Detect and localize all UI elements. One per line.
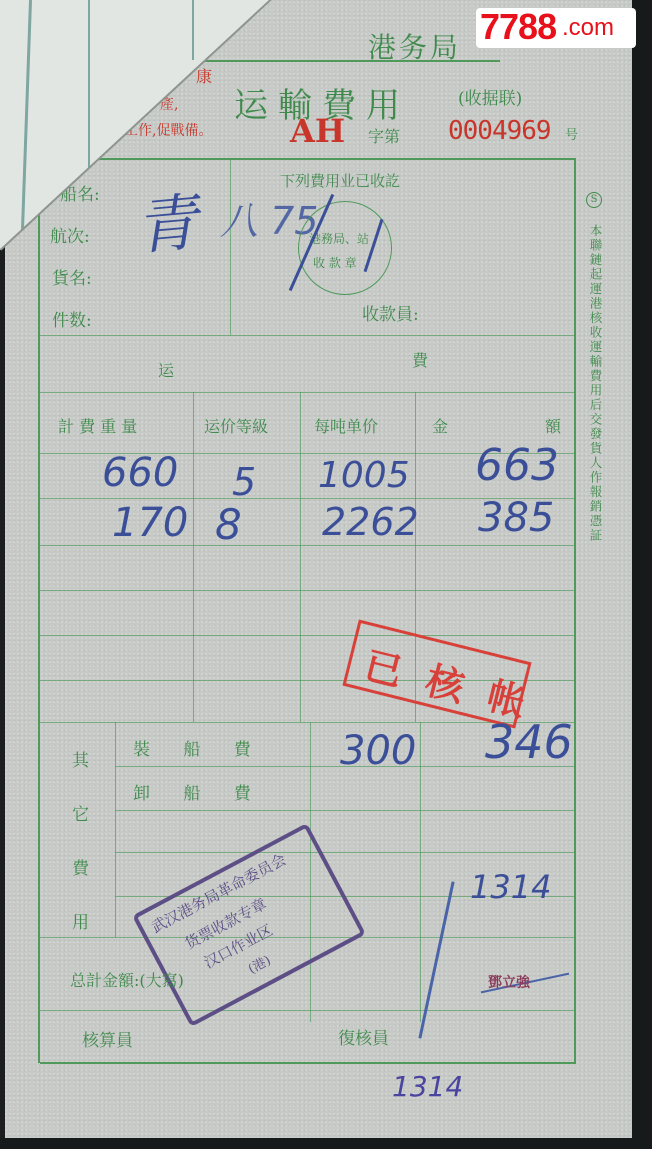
freight-section-right: 費 — [412, 348, 428, 371]
col-header-weight: 計 費 重 量 — [58, 414, 137, 437]
freight-section-left: 运 — [158, 358, 174, 381]
row2-grade: 8 — [215, 500, 242, 549]
col-line — [420, 722, 421, 1022]
seal-text-1: 港務局、站 — [309, 230, 369, 247]
watermark-suffix: .com — [562, 14, 614, 42]
other-fees-label-4: 用 — [72, 908, 89, 933]
frame-top — [40, 158, 576, 160]
personal-seal: 鄧立強 — [488, 972, 530, 992]
loading-fee-label: 裝 船 費 — [133, 735, 251, 760]
seal-text-2: 收 款 章 — [313, 254, 357, 271]
row1-unit-price: 1005 — [318, 455, 410, 496]
row-line — [40, 1010, 574, 1011]
divider — [40, 392, 574, 393]
receipt-statement: 下列費用业已收訖 — [280, 170, 400, 191]
handwritten-note-below: 1314 — [392, 1070, 463, 1103]
other-fees-label-1: 其 — [72, 746, 89, 771]
frame-left — [38, 158, 40, 1063]
row1-grade: 5 — [232, 460, 256, 504]
watermark-digits: 7788 — [480, 6, 556, 48]
col-header-amount-1: 金 — [432, 414, 448, 437]
col-line — [115, 722, 116, 937]
row2-amount: 385 — [478, 495, 554, 541]
reviewer-label: 復核員 — [338, 1024, 389, 1049]
col-header-grade: 运价等級 — [204, 414, 268, 437]
total-amount-label: 总計金額:(大寫) — [70, 968, 184, 991]
frame-bottom — [40, 1062, 576, 1064]
col-header-amount-2: 額 — [545, 414, 561, 437]
row2-weight: 170 — [112, 500, 188, 546]
col-line — [193, 392, 194, 722]
cargo-label: 貨名: — [52, 264, 92, 289]
row2-unit-price: 2262 — [322, 500, 419, 544]
serial-suffix: 号 — [565, 124, 578, 143]
copy-type-label: (收据联) — [458, 84, 522, 109]
row1-amount: 663 — [475, 440, 559, 491]
circle-s-mark: S — [586, 192, 602, 208]
serial-number: 0004969 — [448, 116, 551, 146]
accountant-label: 核算員 — [82, 1026, 133, 1051]
other-fees-label-2: 它 — [72, 800, 89, 825]
voyage-label: 航次: — [50, 222, 90, 247]
row-line — [115, 810, 574, 811]
info-divider — [230, 160, 231, 335]
other-fees-label-3: 費 — [72, 854, 89, 879]
handwritten-ship-name: 青 — [131, 172, 201, 266]
row-line — [40, 590, 574, 591]
scan-background-right — [632, 0, 652, 1149]
col-line — [300, 392, 301, 722]
row-line — [115, 852, 574, 853]
unloading-fee-label: 卸 船 費 — [133, 779, 251, 804]
side-instruction-text: 本聯鏈起運港核收運輸費用后交發貨人作報銷憑証 — [588, 224, 602, 543]
scan-background-left — [0, 240, 5, 1149]
loading-amount-right: 346 — [485, 715, 573, 769]
row1-weight: 660 — [102, 450, 178, 496]
cashier-seal-circle: 港務局、站 收 款 章 — [298, 201, 392, 295]
site-watermark: 7788 .com — [476, 8, 636, 48]
issuer-underline — [205, 60, 500, 62]
underlying-form-line — [88, 0, 90, 170]
underlying-form-line — [192, 0, 194, 60]
divider — [40, 335, 574, 336]
series-letters: AH — [290, 112, 345, 150]
series-label: 字第 — [368, 124, 400, 147]
pieces-label: 件数: — [52, 306, 92, 331]
frame-right — [574, 158, 576, 1063]
cashier-label: 收款員: — [362, 300, 419, 325]
bureau-stamp-line-4: (港) — [244, 950, 273, 978]
loading-amount-left: 300 — [340, 728, 416, 774]
scan-background-bottom — [0, 1138, 652, 1149]
underlying-form-line — [21, 0, 32, 230]
row-line — [40, 635, 574, 636]
handwritten-total: 1314 — [470, 868, 551, 906]
col-header-unit-price: 每吨单价 — [314, 414, 378, 437]
